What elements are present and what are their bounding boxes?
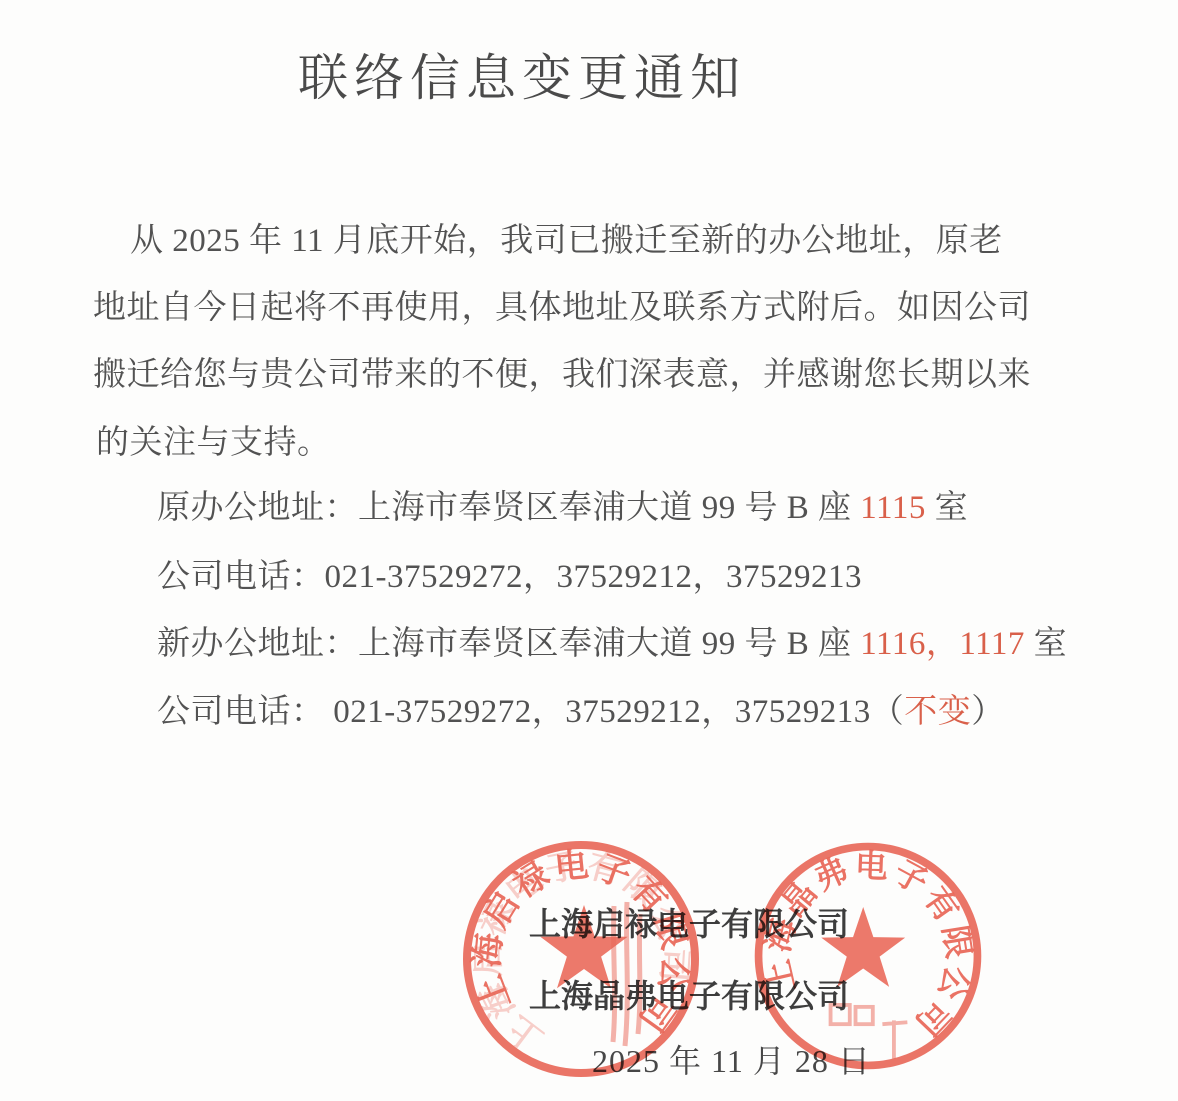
new-phone-text: 公司电话： 021-37529272，37529212，37529213（	[157, 694, 904, 730]
new-room-numbers: 1116，1117	[860, 626, 1025, 662]
new-address-text: 新办公地址：上海市奉贤区奉浦大道 99 号 B 座	[157, 626, 860, 662]
body-line-1: 从 2025 年 11 月底开始，我司已搬迁至新的办公地址，原老	[130, 224, 1003, 260]
company-seal-qilu: 上海启禄电子有限公司 上海启禄电子有限公司	[456, 834, 706, 1084]
new-address-line: 新办公地址：上海市奉贤区奉浦大道 99 号 B 座 1116，1117 室	[157, 627, 1067, 663]
old-room-number: 1115	[860, 490, 926, 526]
seal-smudge-marks	[831, 1005, 908, 1059]
star-icon	[821, 907, 905, 987]
company-seal-jingfu: 上海晶弗电子有限公司	[748, 830, 988, 1082]
new-phone-suffix: ）	[971, 694, 1005, 730]
seal-smudge-marks	[613, 902, 640, 1046]
page-title: 联络信息变更通知	[298, 38, 746, 110]
unchanged-note: 不变	[904, 694, 971, 730]
body-line-4: 的关注与支持。	[96, 426, 331, 462]
body-line-3: 搬迁给您与贵公司带来的不便，我们深表意，并感谢您长期以来	[93, 358, 1031, 394]
old-address-line: 原办公地址：上海市奉贤区奉浦大道 99 号 B 座 1115 室	[157, 491, 968, 527]
old-address-text: 原办公地址：上海市奉贤区奉浦大道 99 号 B 座	[157, 490, 860, 526]
new-address-suffix: 室	[1025, 626, 1067, 662]
old-address-suffix: 室	[926, 490, 968, 526]
old-phone-line: 公司电话：021-37529272，37529212，37529213	[157, 560, 862, 596]
body-line-2: 地址自今日起将不再使用，具体地址及联系方式附后。如因公司	[93, 291, 1031, 327]
new-phone-line: 公司电话： 021-37529272，37529212，37529213（不变）	[157, 695, 1005, 731]
notice-document: 联络信息变更通知 从 2025 年 11 月底开始，我司已搬迁至新的办公地址，原…	[0, 0, 1178, 1101]
